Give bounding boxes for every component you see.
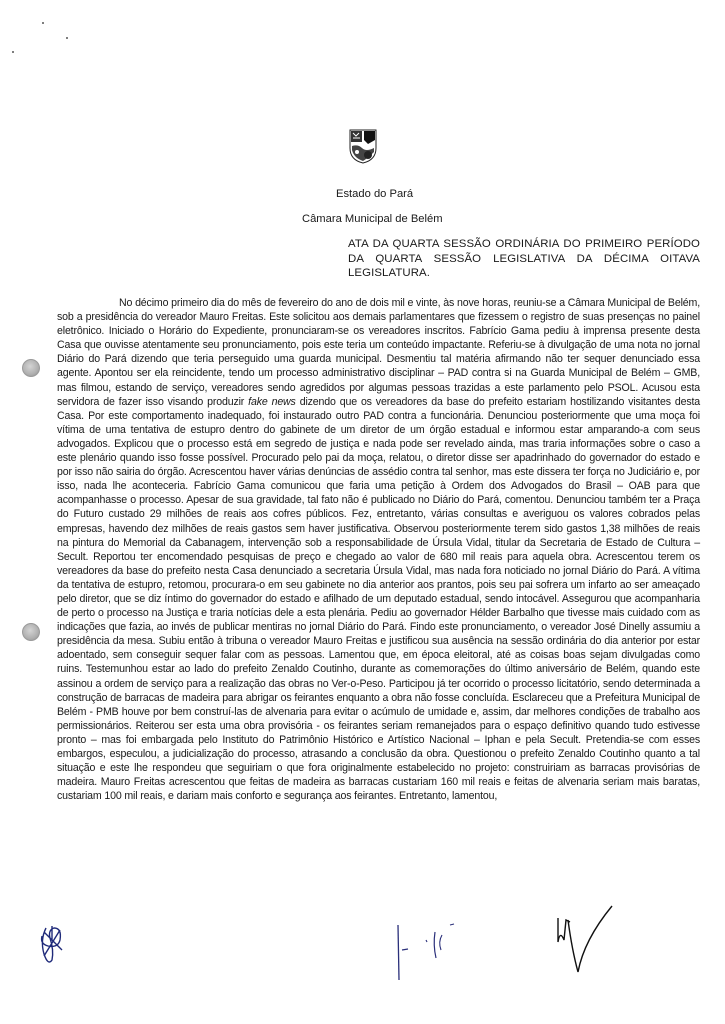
minutes-paragraph: No décimo primeiro dia do mês de feverei… [57,296,700,803]
body-text-italic: fake news [248,396,296,408]
body-text-part2: dizendo que os vereadores da base do pre… [57,396,700,803]
center-signature-icon [390,920,490,990]
punch-hole-icon [22,359,40,377]
coat-of-arms-icon [348,128,378,164]
initials-signature-icon [34,920,74,970]
minutes-body: No décimo primeiro dia do mês de feverei… [57,296,700,803]
right-signature-icon [550,900,620,990]
document-title: ATA DA QUARTA SESSÃO ORDINÁRIA DO PRIMEI… [348,237,700,281]
scan-speck [12,51,14,53]
scan-speck [42,22,44,24]
council-name: Câmara Municipal de Belém [302,213,443,225]
body-text-part1: No décimo primeiro dia do mês de feverei… [57,297,700,408]
punch-hole-icon [22,623,40,641]
scan-speck [66,37,68,39]
state-name: Estado do Pará [336,188,413,200]
